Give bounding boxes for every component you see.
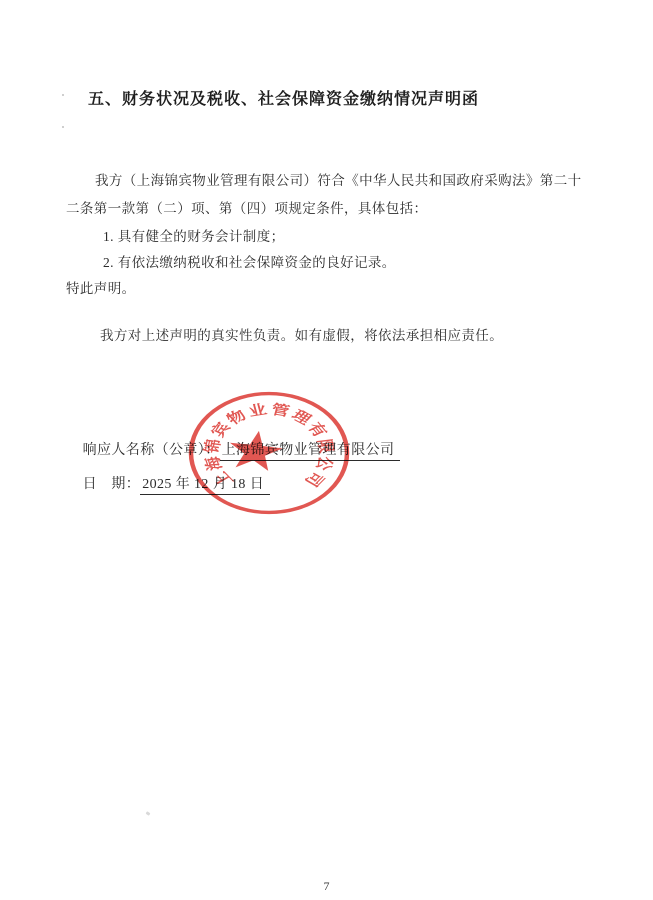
stamp-character: 物 [223,407,250,428]
condition-item-1: 1. 具有健全的财务会计制度； [103,228,285,246]
stamp-character: 司 [301,469,329,490]
scan-artifact [146,811,151,816]
star-icon [226,428,286,472]
stamp-character: 公 [312,455,336,473]
stamp-company-name-arc: 上海锦宾物业管理有限公司 [200,401,337,490]
document-page: 五、财务状况及税收、社会保障资金缴纳情况声明函 我方（上海锦宾物业管理有限公司）… [0,0,653,900]
intro-paragraph-line-2: 二条第一款第（二）项、第（四）项规定条件，具体包括： [66,200,427,218]
responsibility-statement: 我方对上述声明的真实性负责。如有虚假，将依法承担相应责任。 [100,327,503,345]
stamp-character: 锦 [200,438,224,455]
stamp-character: 业 [247,402,269,420]
date-label: 日 期： [83,477,141,492]
stamp-character: 管 [269,401,291,420]
scan-speck [62,126,64,128]
stamp-character: 上 [210,469,237,489]
document-title: 五、财务状况及税收、社会保障资金缴纳情况声明函 [88,90,479,111]
page-number: 7 [0,879,653,894]
stamp-character: 海 [201,454,226,472]
condition-item-2: 2. 有依法缴纳税收和社会保障资金的良好记录。 [103,254,396,272]
stamp-character: 限 [313,438,337,454]
company-seal-stamp: 上海锦宾物业管理有限公司 [185,389,353,517]
hereby-declaration: 特此声明。 [66,280,136,298]
scan-speck [62,94,64,96]
stamp-character: 有 [304,420,332,440]
intro-paragraph-line-1: 我方（上海锦宾物业管理有限公司）符合《中华人民共和国政府采购法》第二十 [95,172,582,190]
